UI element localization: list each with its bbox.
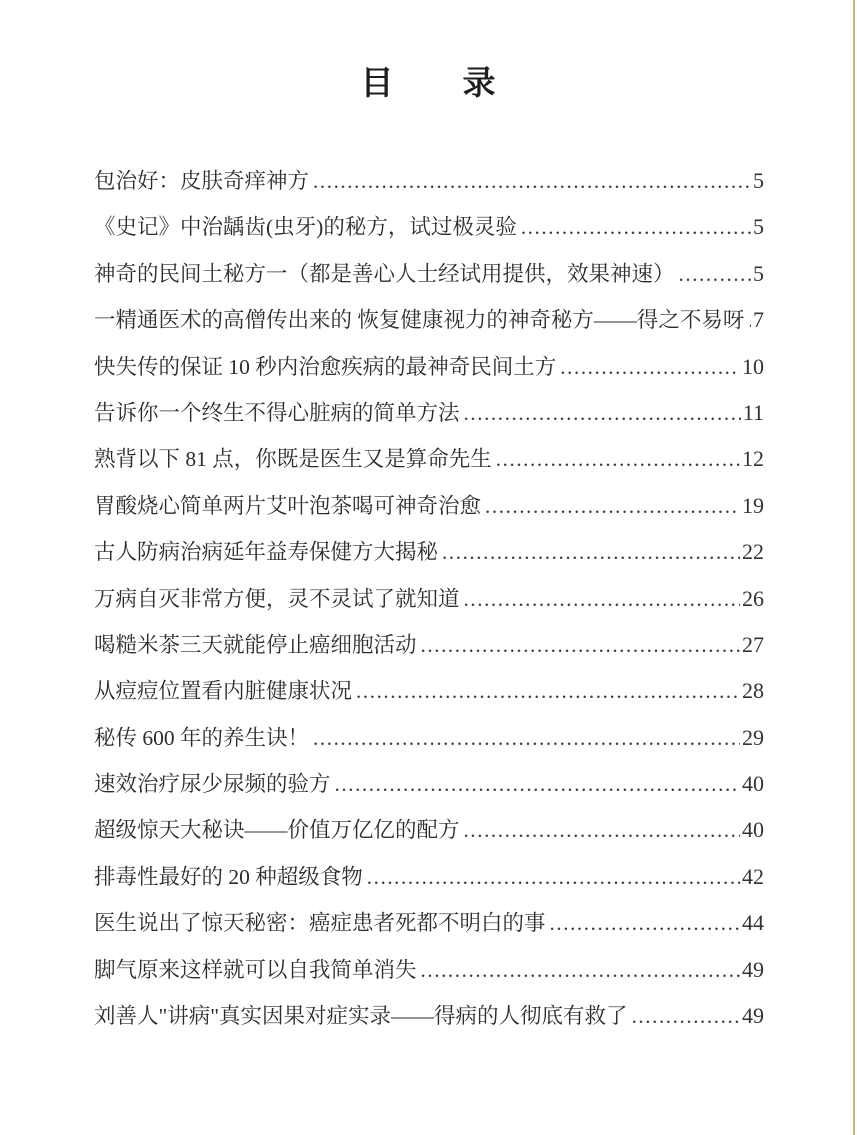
toc-page-number: 5 xyxy=(753,158,764,204)
toc-entry: 一精通医术的高僧传出来的 恢复健康视力的神奇秘方——得之不易呀 7 xyxy=(94,297,764,343)
toc-dot-leader xyxy=(313,715,740,761)
toc-entry: 古人防病治病延年益寿保健方大揭秘 22 xyxy=(94,529,764,575)
toc-entry-title: 万病自灭非常方便，灵不灵试了就知道 xyxy=(94,576,460,622)
toc-entry-title: 速效治疗尿少尿频的验方 xyxy=(94,761,331,807)
toc-page-number: 40 xyxy=(742,807,764,853)
toc-entry: 胃酸烧心简单两片艾叶泡茶喝可神奇治愈 19 xyxy=(94,483,764,529)
toc-dot-leader xyxy=(560,344,740,390)
toc-entry: 刘善人"讲病"真实因果对症实录——得病的人彻底有救了 49 xyxy=(94,993,764,1039)
toc-dot-leader xyxy=(442,529,740,575)
toc-entry: 秘传 600 年的养生诀！ 29 xyxy=(94,715,764,761)
toc-entry-title: 喝糙米茶三天就能停止癌细胞活动 xyxy=(94,622,417,668)
toc-entry-title: 古人防病治病延年益寿保健方大揭秘 xyxy=(94,529,438,575)
toc-page-number: 10 xyxy=(742,344,764,390)
toc-entry-title: 秘传 600 年的养生诀！ xyxy=(94,715,309,761)
toc-entry: 包治好：皮肤奇痒神方 5 xyxy=(94,158,764,204)
toc-dot-leader xyxy=(632,993,740,1039)
toc-entry-title: 脚气原来这样就可以自我简单消失 xyxy=(94,947,417,993)
toc-page-number: 27 xyxy=(742,622,764,668)
toc-entry: 脚气原来这样就可以自我简单消失 49 xyxy=(94,947,764,993)
toc-entry: 医生说出了惊天秘密：癌症患者死都不明白的事 44 xyxy=(94,900,764,946)
toc-dot-leader xyxy=(356,668,740,714)
toc-page-number: 11 xyxy=(743,390,764,436)
toc-entry: 神奇的民间土秘方一（都是善心人士经试用提供，效果神速） 5 xyxy=(94,251,764,297)
table-of-contents: 包治好：皮肤奇痒神方 5 《史记》中治龋齿(虫牙)的秘方，试过极灵验 5 神奇的… xyxy=(94,158,764,1039)
toc-dot-leader xyxy=(464,576,740,622)
toc-page-number: 7 xyxy=(753,297,764,343)
toc-entry-title: 熟背以下 81 点，你既是医生又是算命先生 xyxy=(94,436,492,482)
toc-page-number: 26 xyxy=(742,576,764,622)
toc-entry-title: 刘善人"讲病"真实因果对症实录——得病的人彻底有救了 xyxy=(94,993,628,1039)
page-edge-line xyxy=(853,0,855,1135)
toc-entry-title: 超级惊天大秘诀——价值万亿亿的配方 xyxy=(94,807,460,853)
toc-page-number: 22 xyxy=(742,529,764,575)
toc-entry-title: 包治好：皮肤奇痒神方 xyxy=(94,158,309,204)
toc-dot-leader xyxy=(496,436,740,482)
toc-page-number: 5 xyxy=(753,204,764,250)
toc-dot-leader xyxy=(464,390,741,436)
toc-entry-title: 神奇的民间土秘方一（都是善心人士经试用提供，效果神速） xyxy=(94,251,675,297)
toc-entry: 喝糙米茶三天就能停止癌细胞活动 27 xyxy=(94,622,764,668)
toc-entry-title: 胃酸烧心简单两片艾叶泡茶喝可神奇治愈 xyxy=(94,483,481,529)
toc-dot-leader xyxy=(367,854,740,900)
toc-entry-title: 《史记》中治龋齿(虫牙)的秘方，试过极灵验 xyxy=(94,204,517,250)
toc-page-number: 28 xyxy=(742,668,764,714)
toc-page-number: 49 xyxy=(742,993,764,1039)
toc-entry: 快失传的保证 10 秒内治愈疾病的最神奇民间土方 10 xyxy=(94,344,764,390)
toc-page-number: 44 xyxy=(742,900,764,946)
toc-entry: 速效治疗尿少尿频的验方 40 xyxy=(94,761,764,807)
toc-entry: 告诉你一个终生不得心脏病的简单方法 11 xyxy=(94,390,764,436)
toc-entry-title: 从痘痘位置看内脏健康状况 xyxy=(94,668,352,714)
document-page: 目 录 包治好：皮肤奇痒神方 5 《史记》中治龋齿(虫牙)的秘方，试过极灵验 5… xyxy=(0,0,857,1135)
toc-entry-title: 一精通医术的高僧传出来的 恢复健康视力的神奇秘方——得之不易呀 xyxy=(94,297,744,343)
toc-page-number: 5 xyxy=(753,251,764,297)
page-title: 目 录 xyxy=(0,0,857,106)
toc-page-number: 19 xyxy=(742,483,764,529)
toc-entry-title: 排毒性最好的 20 种超级食物 xyxy=(94,854,363,900)
toc-dot-leader xyxy=(464,807,740,853)
toc-dot-leader xyxy=(748,297,751,343)
toc-entry-title: 医生说出了惊天秘密：癌症患者死都不明白的事 xyxy=(94,900,546,946)
toc-dot-leader xyxy=(550,900,740,946)
toc-dot-leader xyxy=(335,761,740,807)
toc-dot-leader xyxy=(421,622,740,668)
toc-page-number: 29 xyxy=(742,715,764,761)
toc-page-number: 12 xyxy=(742,436,764,482)
toc-entry: 《史记》中治龋齿(虫牙)的秘方，试过极灵验 5 xyxy=(94,204,764,250)
toc-dot-leader xyxy=(679,251,751,297)
toc-dot-leader xyxy=(521,204,751,250)
toc-page-number: 42 xyxy=(742,854,764,900)
toc-entry-title: 快失传的保证 10 秒内治愈疾病的最神奇民间土方 xyxy=(94,344,556,390)
toc-entry: 超级惊天大秘诀——价值万亿亿的配方 40 xyxy=(94,807,764,853)
toc-entry: 万病自灭非常方便，灵不灵试了就知道 26 xyxy=(94,576,764,622)
toc-dot-leader xyxy=(485,483,740,529)
toc-entry: 熟背以下 81 点，你既是医生又是算命先生 12 xyxy=(94,436,764,482)
toc-dot-leader xyxy=(313,158,751,204)
toc-entry-title: 告诉你一个终生不得心脏病的简单方法 xyxy=(94,390,460,436)
toc-page-number: 49 xyxy=(742,947,764,993)
toc-entry: 排毒性最好的 20 种超级食物 42 xyxy=(94,854,764,900)
toc-dot-leader xyxy=(421,947,740,993)
toc-entry: 从痘痘位置看内脏健康状况 28 xyxy=(94,668,764,714)
toc-page-number: 40 xyxy=(742,761,764,807)
